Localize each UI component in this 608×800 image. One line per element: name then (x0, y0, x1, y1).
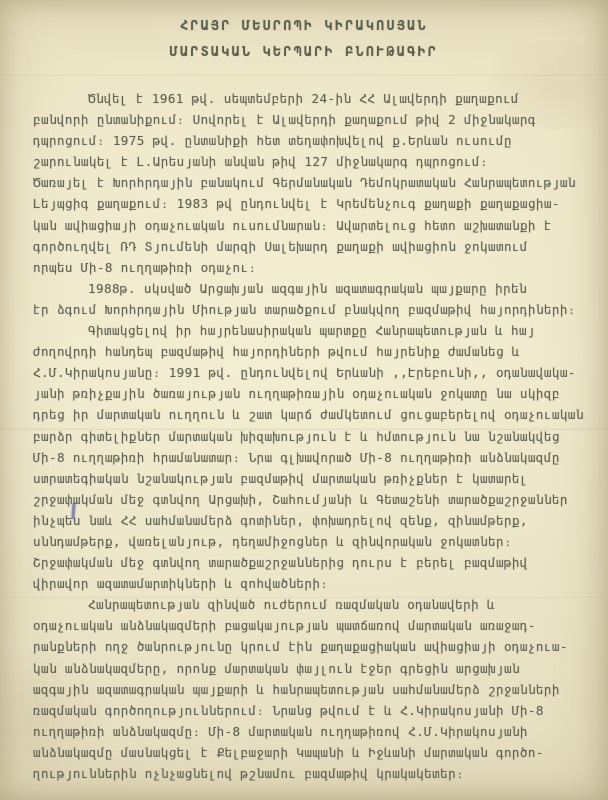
text-line: Լեյպցիգ քաղաքում։ 1983 թվ ընդունվել է Կր… (33, 193, 582, 214)
text-line: էր ձգում Խորհրդային Միության տարածքում բ… (33, 299, 582, 320)
text-line: ուղղաթիռի անձնակազմը։ Մի-8 մարտական ուղղ… (33, 721, 582, 742)
title-line-1: ՀՐԱՅՐ ՄԵՍՐՈՊԻ ԿԻՐԱԿՈՍՅԱՆ (0, 14, 608, 40)
text-line: սննդամթերք, վառելանյութ, դեղամիջոցներ և … (33, 531, 582, 552)
text-line: օդաչուական անձնակազմերի բացակայության պա… (33, 615, 582, 636)
text-line: դրեց իր մարտական ուղղուն և շատ կարճ ժամկ… (33, 404, 582, 425)
text-line: գործուղվել ՌԴ Տյումենի մարզի Սալեխարդ քա… (33, 236, 582, 257)
text-line: Հանրապետության զինված ուժերում ռազմական … (33, 594, 582, 615)
text-line: շրջափակման մեջ գտնվող Արցախի, Շահումյանի… (33, 489, 582, 510)
text-line: րանքների ողջ ծանրությունը կրում էին քաղա… (33, 636, 582, 657)
text-line: Գիտակցելով իր հայրենասիրական պարտքը Հանր… (33, 320, 582, 341)
document-page: ՀՐԱՅՐ ՄԵՍՐՈՊԻ ԿԻՐԱԿՈՍՅԱՆ ՄԱՐՏԱԿԱՆ ԿԵՐՊԱՐ… (0, 0, 608, 800)
text-line: Ծառայել է Խորհրդային բանակում Գերմանական… (33, 172, 582, 193)
text-line: ռազմական գործողություններում։ Նրանց թվու… (33, 700, 582, 721)
text-line: բարձր գիտելիքներ մարտական խիզախություն է… (33, 426, 582, 447)
text-line: դպրոցում։ 1975 թվ. ընտանիքի հետ տեղափոխվ… (33, 130, 582, 151)
text-line: Ծնվել է 1961 թվ. սեպտեմբերի 24-ին ՀՀ Ալա… (33, 88, 582, 109)
document-title: ՀՐԱՅՐ ՄԵՍՐՈՊԻ ԿԻՐԱԿՈՍՅԱՆ ՄԱՐՏԱԿԱՆ ԿԵՐՊԱՐ… (0, 14, 608, 66)
title-line-2: ՄԱՐՏԱԿԱՆ ԿԵՐՊԱՐԻ ԲՆՈՒԹԱԳԻՐ (0, 40, 608, 66)
text-line: կան անձնակազմերը, որոնք մարտական փայլուն… (33, 658, 582, 679)
text-line: Մի-8 ուղղաթիռի հրամանատար։ Նրա գլխավորած… (33, 447, 582, 468)
text-line: յանի թռիչքային ծառայության ուղղաթիռային … (33, 383, 582, 404)
text-line: ինչպես նաև ՀՀ սահմանամերձ գոտիներ, փոխադ… (33, 510, 582, 531)
text-line: վիրավոր ազատամարտիկների և զոհվածների։ (33, 573, 582, 594)
text-line: որպես Մի-8 ուղղաթիռի օդաչու։ (33, 257, 582, 278)
text-line: ղություններին ոչնչացնելով թշնամու բազմաթ… (33, 763, 582, 784)
text-line: անձնակազմը մասնակցել է Քելբաջարի Կապանի … (33, 742, 582, 763)
text-line: 1988թ. սկսված Արցախյան ազգային ազատագրակ… (33, 278, 582, 299)
text-line: շարունակել է Լ.Արեսյանի անվան թիվ 127 մի… (33, 151, 582, 172)
text-line: ստրատեգիական նշանակության բազմաթիվ մարտա… (33, 468, 582, 489)
document-body: Ծնվել է 1961 թվ. սեպտեմբերի 24-ին ՀՀ Ալա… (33, 88, 582, 784)
text-line: Հ.Մ.Կիրակոսյանը։ 1991 թվ. ընդունվելով Եր… (33, 362, 582, 383)
text-line: Շրջափակման մեջ գտնվող տարածքաշրջաններից … (33, 552, 582, 573)
text-line: ժողովրդի հանդեպ բազմաթիվ հայորդիների թվո… (33, 341, 582, 362)
text-line: կան ավիացիայի օդաչուական ուսումնարան։ Ավ… (33, 215, 582, 236)
text-line: բանվորի ընտանիքում։ Սովորել է Ալավերդի ք… (33, 109, 582, 130)
paper-crease (0, 74, 608, 77)
text-line: ազգային ազատագրական պայքարի և հանրապետու… (33, 679, 582, 700)
